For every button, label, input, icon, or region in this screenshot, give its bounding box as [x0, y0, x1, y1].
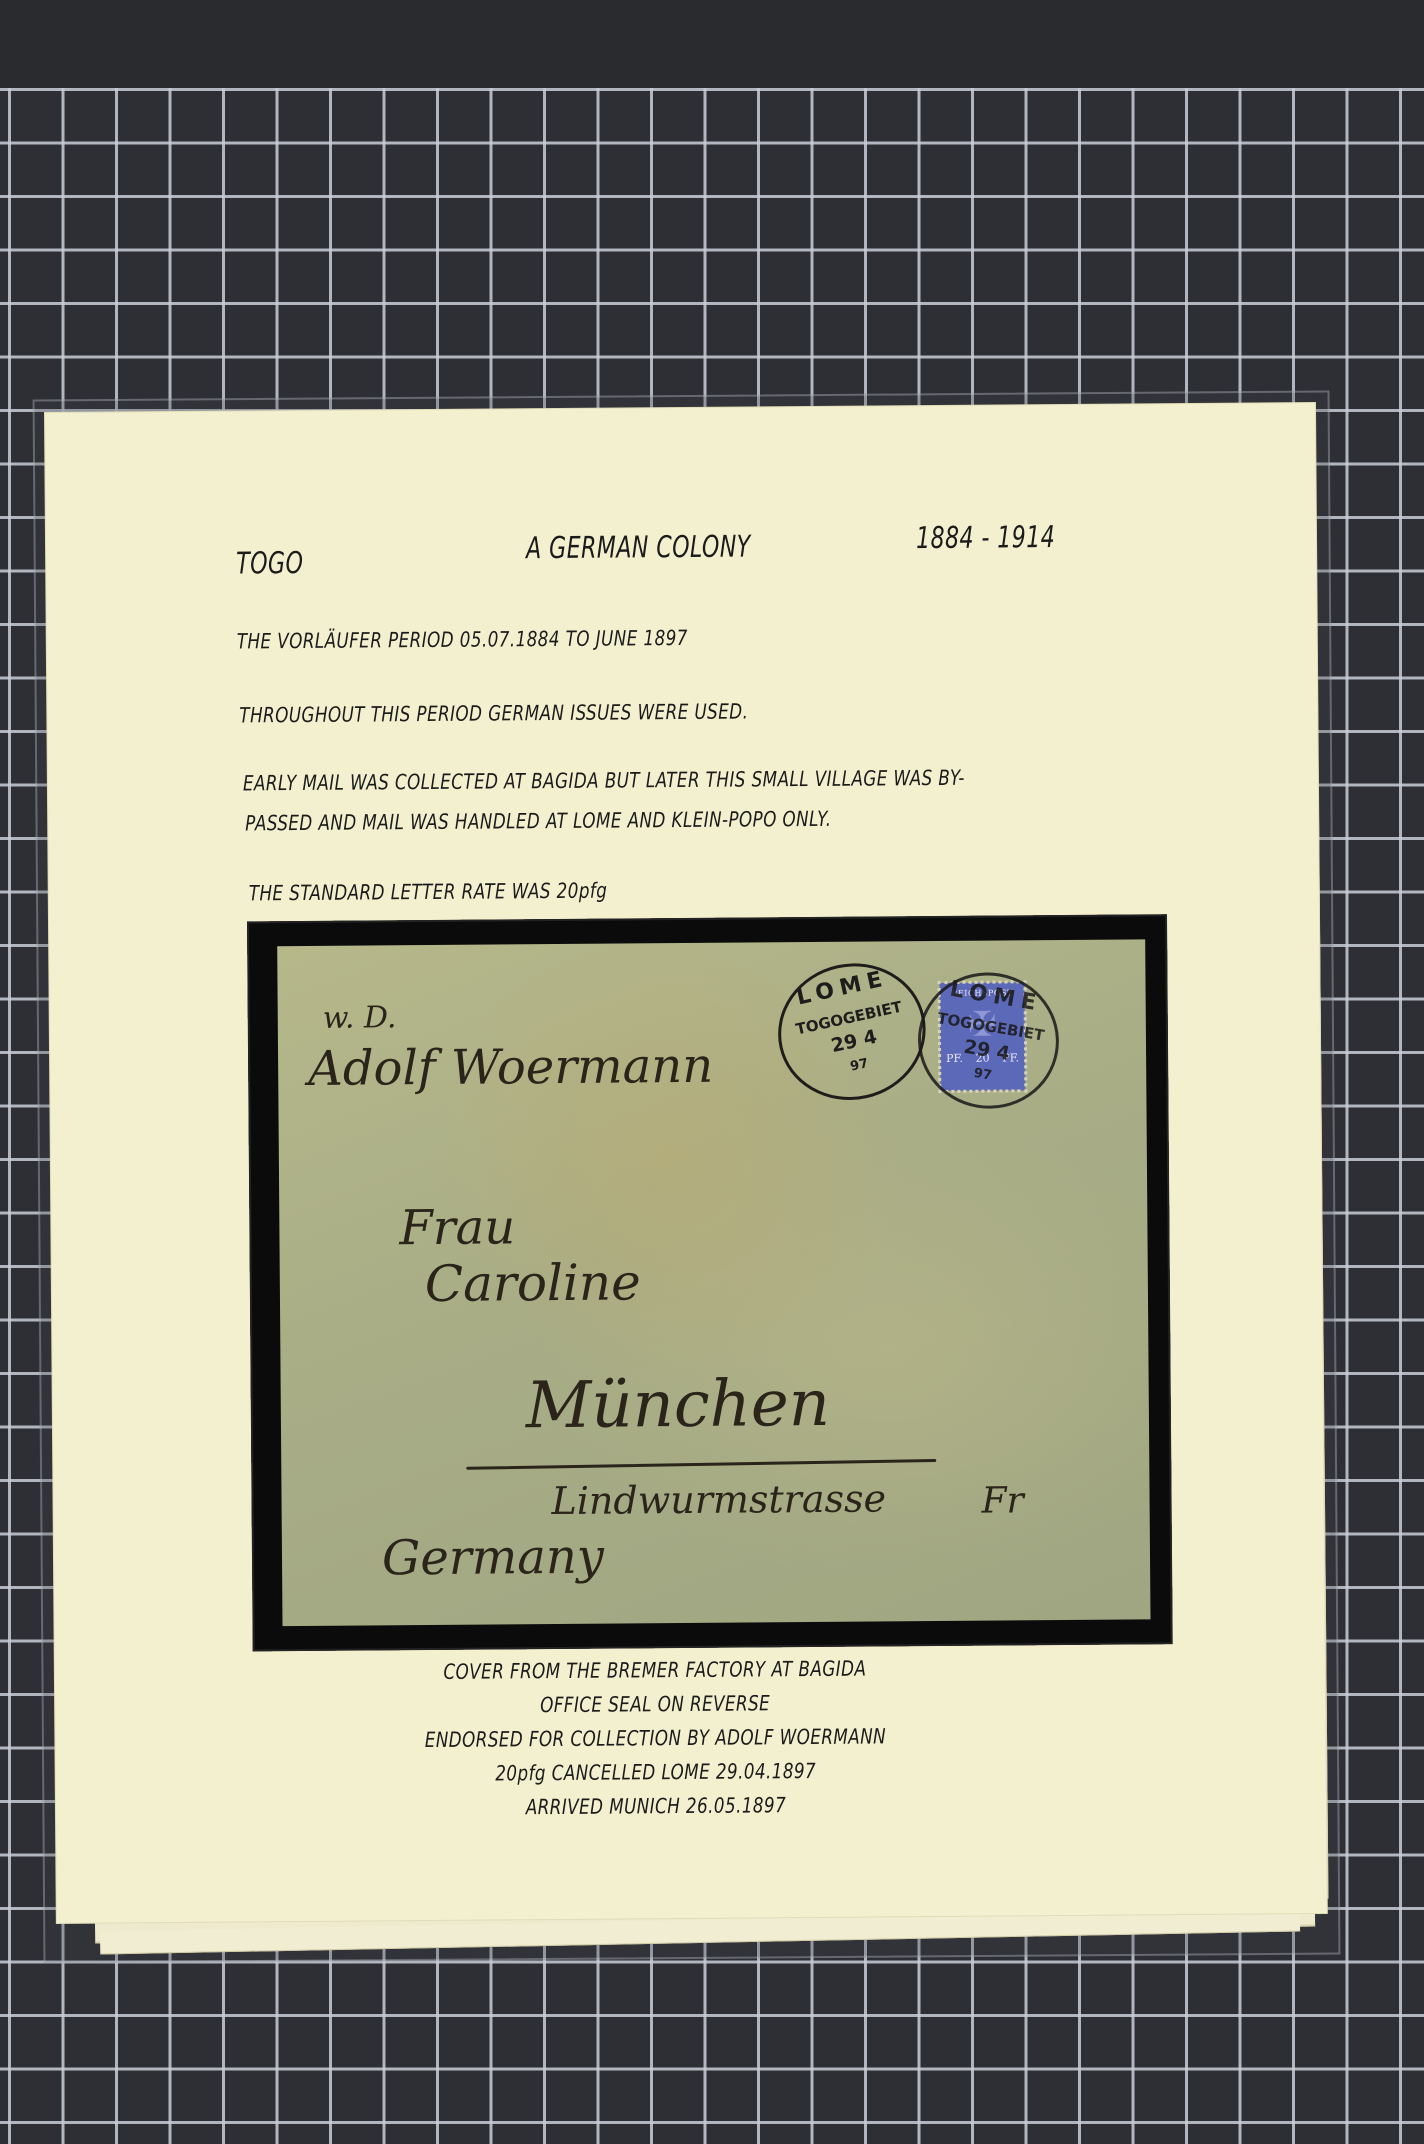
postmark-lome-on-stamp: LOME TOGOGEBIET 29 4 97	[908, 962, 1070, 1120]
intro-line: EARLY MAIL WAS COLLECTED AT BAGIDA BUT L…	[243, 766, 965, 796]
country: Germany	[382, 1529, 604, 1587]
intro-line: THE STANDARD LETTER RATE WAS 20pfg	[249, 879, 608, 906]
caption-line: ENDORSED FOR COLLECTION BY ADOLF WOERMAN…	[415, 1719, 895, 1757]
intro-line: THROUGHOUT THIS PERIOD GERMAN ISSUES WER…	[239, 699, 748, 727]
intro-line: PASSED AND MAIL WAS HANDLED AT LOME AND …	[245, 807, 831, 836]
intro-line: THE VORLÄUFER PERIOD 05.07.1884 TO JUNE …	[237, 626, 688, 654]
underline	[466, 1459, 936, 1470]
city: München	[526, 1367, 831, 1443]
header-years: 1884 - 1914	[916, 520, 1055, 556]
background-top-band	[0, 0, 1424, 90]
caption-line: OFFICE SEAL ON REVERSE	[415, 1685, 895, 1723]
sender-name: Adolf Woermann	[308, 1038, 713, 1097]
postmark-lome: LOME TOGOGEBIET 29 4 97	[765, 949, 939, 1114]
street: Lindwurmstrasse	[551, 1476, 886, 1523]
caption-line: ARRIVED MUNICH 26.05.1897	[416, 1787, 896, 1825]
cover-mount: w. D. Adolf Woermann Frau Caroline Münch…	[247, 914, 1173, 1651]
album-page: TOGO A GERMAN COLONY 1884 - 1914 THE VOR…	[45, 403, 1327, 1923]
caption-line: 20pfg CANCELLED LOME 29.04.1897	[416, 1753, 896, 1791]
recipient-name: Caroline	[425, 1253, 641, 1313]
header-title: A GERMAN COLONY	[526, 529, 751, 566]
endorsement: w. D.	[323, 1000, 397, 1036]
note: Fr	[981, 1480, 1024, 1521]
postal-cover: w. D. Adolf Woermann Frau Caroline Münch…	[277, 939, 1150, 1626]
header-country: TOGO	[236, 546, 303, 582]
recipient-title: Frau	[399, 1199, 515, 1256]
cover-caption: COVER FROM THE BREMER FACTORY AT BAGIDA …	[355, 1651, 956, 1826]
caption-line: COVER FROM THE BREMER FACTORY AT BAGIDA	[415, 1651, 895, 1689]
